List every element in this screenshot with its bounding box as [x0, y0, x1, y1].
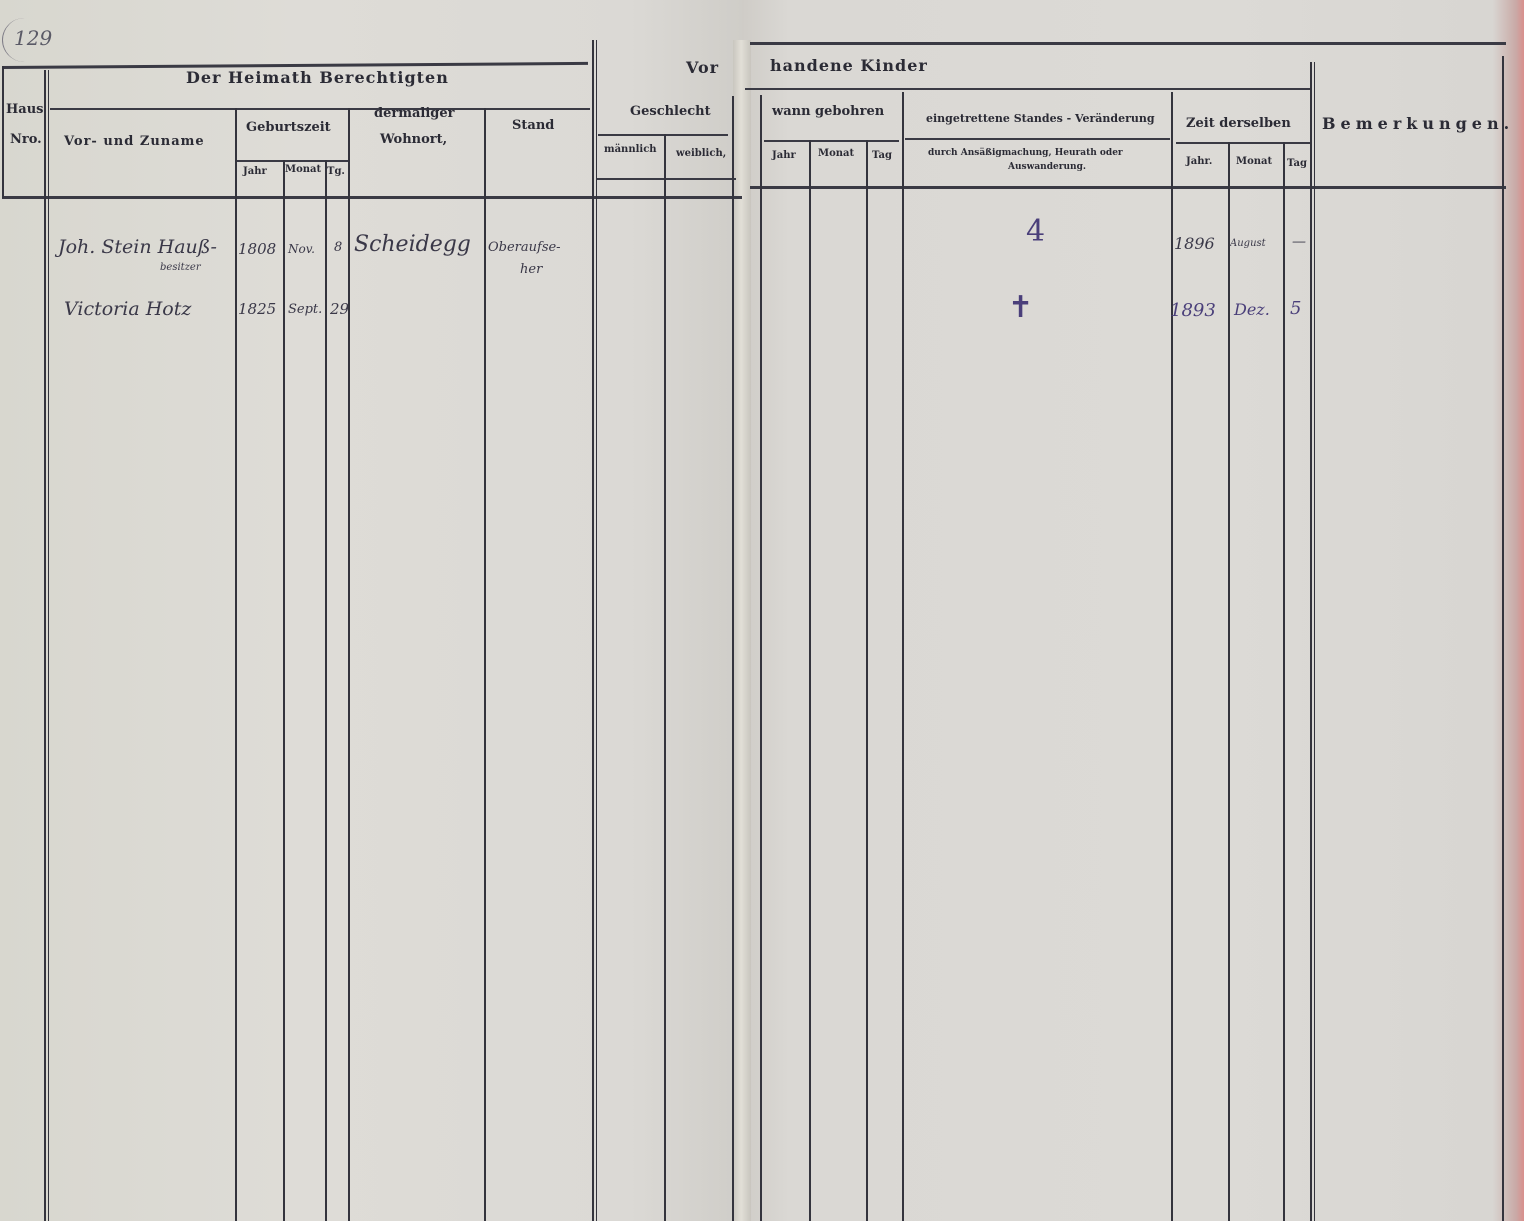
entry-1-stand: Oberaufse-	[488, 240, 561, 255]
entry-1-name-cont: besitzer	[160, 262, 201, 273]
entry-1-monat: Nov.	[288, 242, 315, 256]
col-geschlecht: Geschlecht	[630, 104, 711, 119]
col-tag: Tg.	[327, 166, 345, 177]
col-monat: Monat	[285, 164, 321, 175]
col-k-monat: Monat	[818, 148, 854, 159]
col-line-maennlich	[664, 134, 666, 1221]
col-line-z-monat	[1283, 142, 1285, 1221]
col-veraenderung-sub-2: Auswanderung.	[1008, 162, 1086, 172]
col-line-k-tag	[902, 92, 904, 1221]
col-line-z-tag	[1310, 62, 1312, 1221]
col-wohnort-2: Wohnort,	[380, 132, 447, 147]
right-page	[742, 0, 1524, 1221]
book-spine	[733, 40, 751, 1221]
col-line-jahr	[283, 160, 285, 1221]
entry-1-zeit-monat: August	[1230, 238, 1266, 249]
entry-1-tag: 8	[334, 240, 342, 255]
entry-1-stand-cont: her	[520, 262, 542, 277]
col-jahr: Jahr	[243, 166, 267, 177]
col-zeit-derselben: Zeit derselben	[1186, 116, 1291, 131]
col-line-monat	[325, 160, 327, 1221]
col-line-tag	[348, 108, 350, 1221]
col-veraenderung: eingetrettene Standes - Veränderung	[926, 112, 1155, 125]
col-line-haus	[44, 70, 46, 1221]
entry-2-zeit-tag: 5	[1290, 298, 1301, 319]
right-top-border	[750, 42, 1506, 45]
col-haus: Haus	[6, 102, 43, 117]
col-zeit-monat: Monat	[1236, 156, 1272, 167]
col-nro: Nro.	[10, 132, 42, 147]
col-stand: Stand	[512, 118, 554, 133]
col-k-jahr: Jahr	[772, 150, 796, 161]
entry-2-name: Victoria Hotz	[64, 298, 191, 320]
col-name: Vor- und Zuname	[64, 134, 205, 149]
left-border	[2, 66, 4, 198]
entry-2-jahr: 1825	[238, 300, 276, 318]
col-bemerkungen: Bemerkungen.	[1322, 114, 1514, 133]
col-zeit-tag: Tag	[1287, 158, 1307, 169]
entry-2-monat: Sept.	[288, 302, 322, 317]
col-wann-gebohren: wann gebohren	[772, 104, 884, 119]
right-header-divider	[745, 88, 1310, 90]
col-line-z-jahr	[1228, 142, 1230, 1221]
entry-1-jahr: 1808	[238, 240, 276, 258]
col-line-veraenderung	[1171, 92, 1173, 1221]
vor-label: Vor	[686, 58, 719, 77]
entry-1-zeit-jahr: 1896	[1174, 234, 1215, 253]
col-weiblich: weiblich,	[676, 148, 726, 159]
entry-1-veraenderung: 4	[1026, 214, 1045, 249]
col-line-weiblich	[732, 96, 734, 1221]
header-divider	[50, 108, 590, 110]
group-title: Der Heimath Berechtigten	[186, 68, 449, 87]
col-k-tag: Tag	[872, 150, 892, 161]
geburtszeit-divider	[236, 160, 348, 162]
col-line-k-monat	[866, 140, 868, 1221]
col-maennlich: männlich	[604, 144, 657, 155]
wann-divider	[764, 140, 899, 142]
col-line-stand-double	[596, 40, 597, 1221]
col-line-k-jahr	[809, 140, 811, 1221]
entry-2-veraenderung: ✝	[1008, 290, 1033, 325]
geschlecht-divider	[598, 134, 728, 136]
col-zeit-jahr: Jahr.	[1186, 156, 1212, 167]
veraenderung-divider	[905, 138, 1170, 140]
col-line-wohnort	[484, 108, 486, 1221]
handene-kinder: handene Kinder	[770, 56, 928, 75]
entry-1-wohnort: Scheidegg	[354, 232, 471, 257]
geschlecht-bottom	[596, 178, 736, 180]
entry-2-zeit-jahr: 1893	[1170, 300, 1216, 321]
col-line-haus-double	[48, 70, 49, 1221]
entry-2-zeit-monat: Dez.	[1234, 300, 1270, 319]
page-number: 129	[14, 26, 52, 50]
right-border	[1502, 56, 1504, 1221]
entry-1-name: Joh. Stein Hauß-	[58, 236, 217, 258]
col-line-stand	[592, 40, 594, 1221]
col-line-name	[235, 108, 237, 1221]
entry-1-zeit-tag: —	[1292, 234, 1306, 250]
col-line-kinder-left	[760, 95, 762, 1221]
zeit-divider	[1176, 142, 1311, 144]
col-geburtszeit: Geburtszeit	[246, 120, 331, 135]
right-header-bottom	[750, 186, 1506, 189]
entry-2-tag: 29	[330, 300, 349, 318]
left-page	[0, 0, 742, 1221]
header-bottom-border	[2, 196, 742, 199]
col-line-z-tag-double	[1314, 62, 1315, 1221]
col-wohnort-1: dermaliger	[374, 106, 454, 121]
col-veraenderung-sub-1: durch Ansäßigmachung, Heurath oder	[928, 148, 1123, 158]
